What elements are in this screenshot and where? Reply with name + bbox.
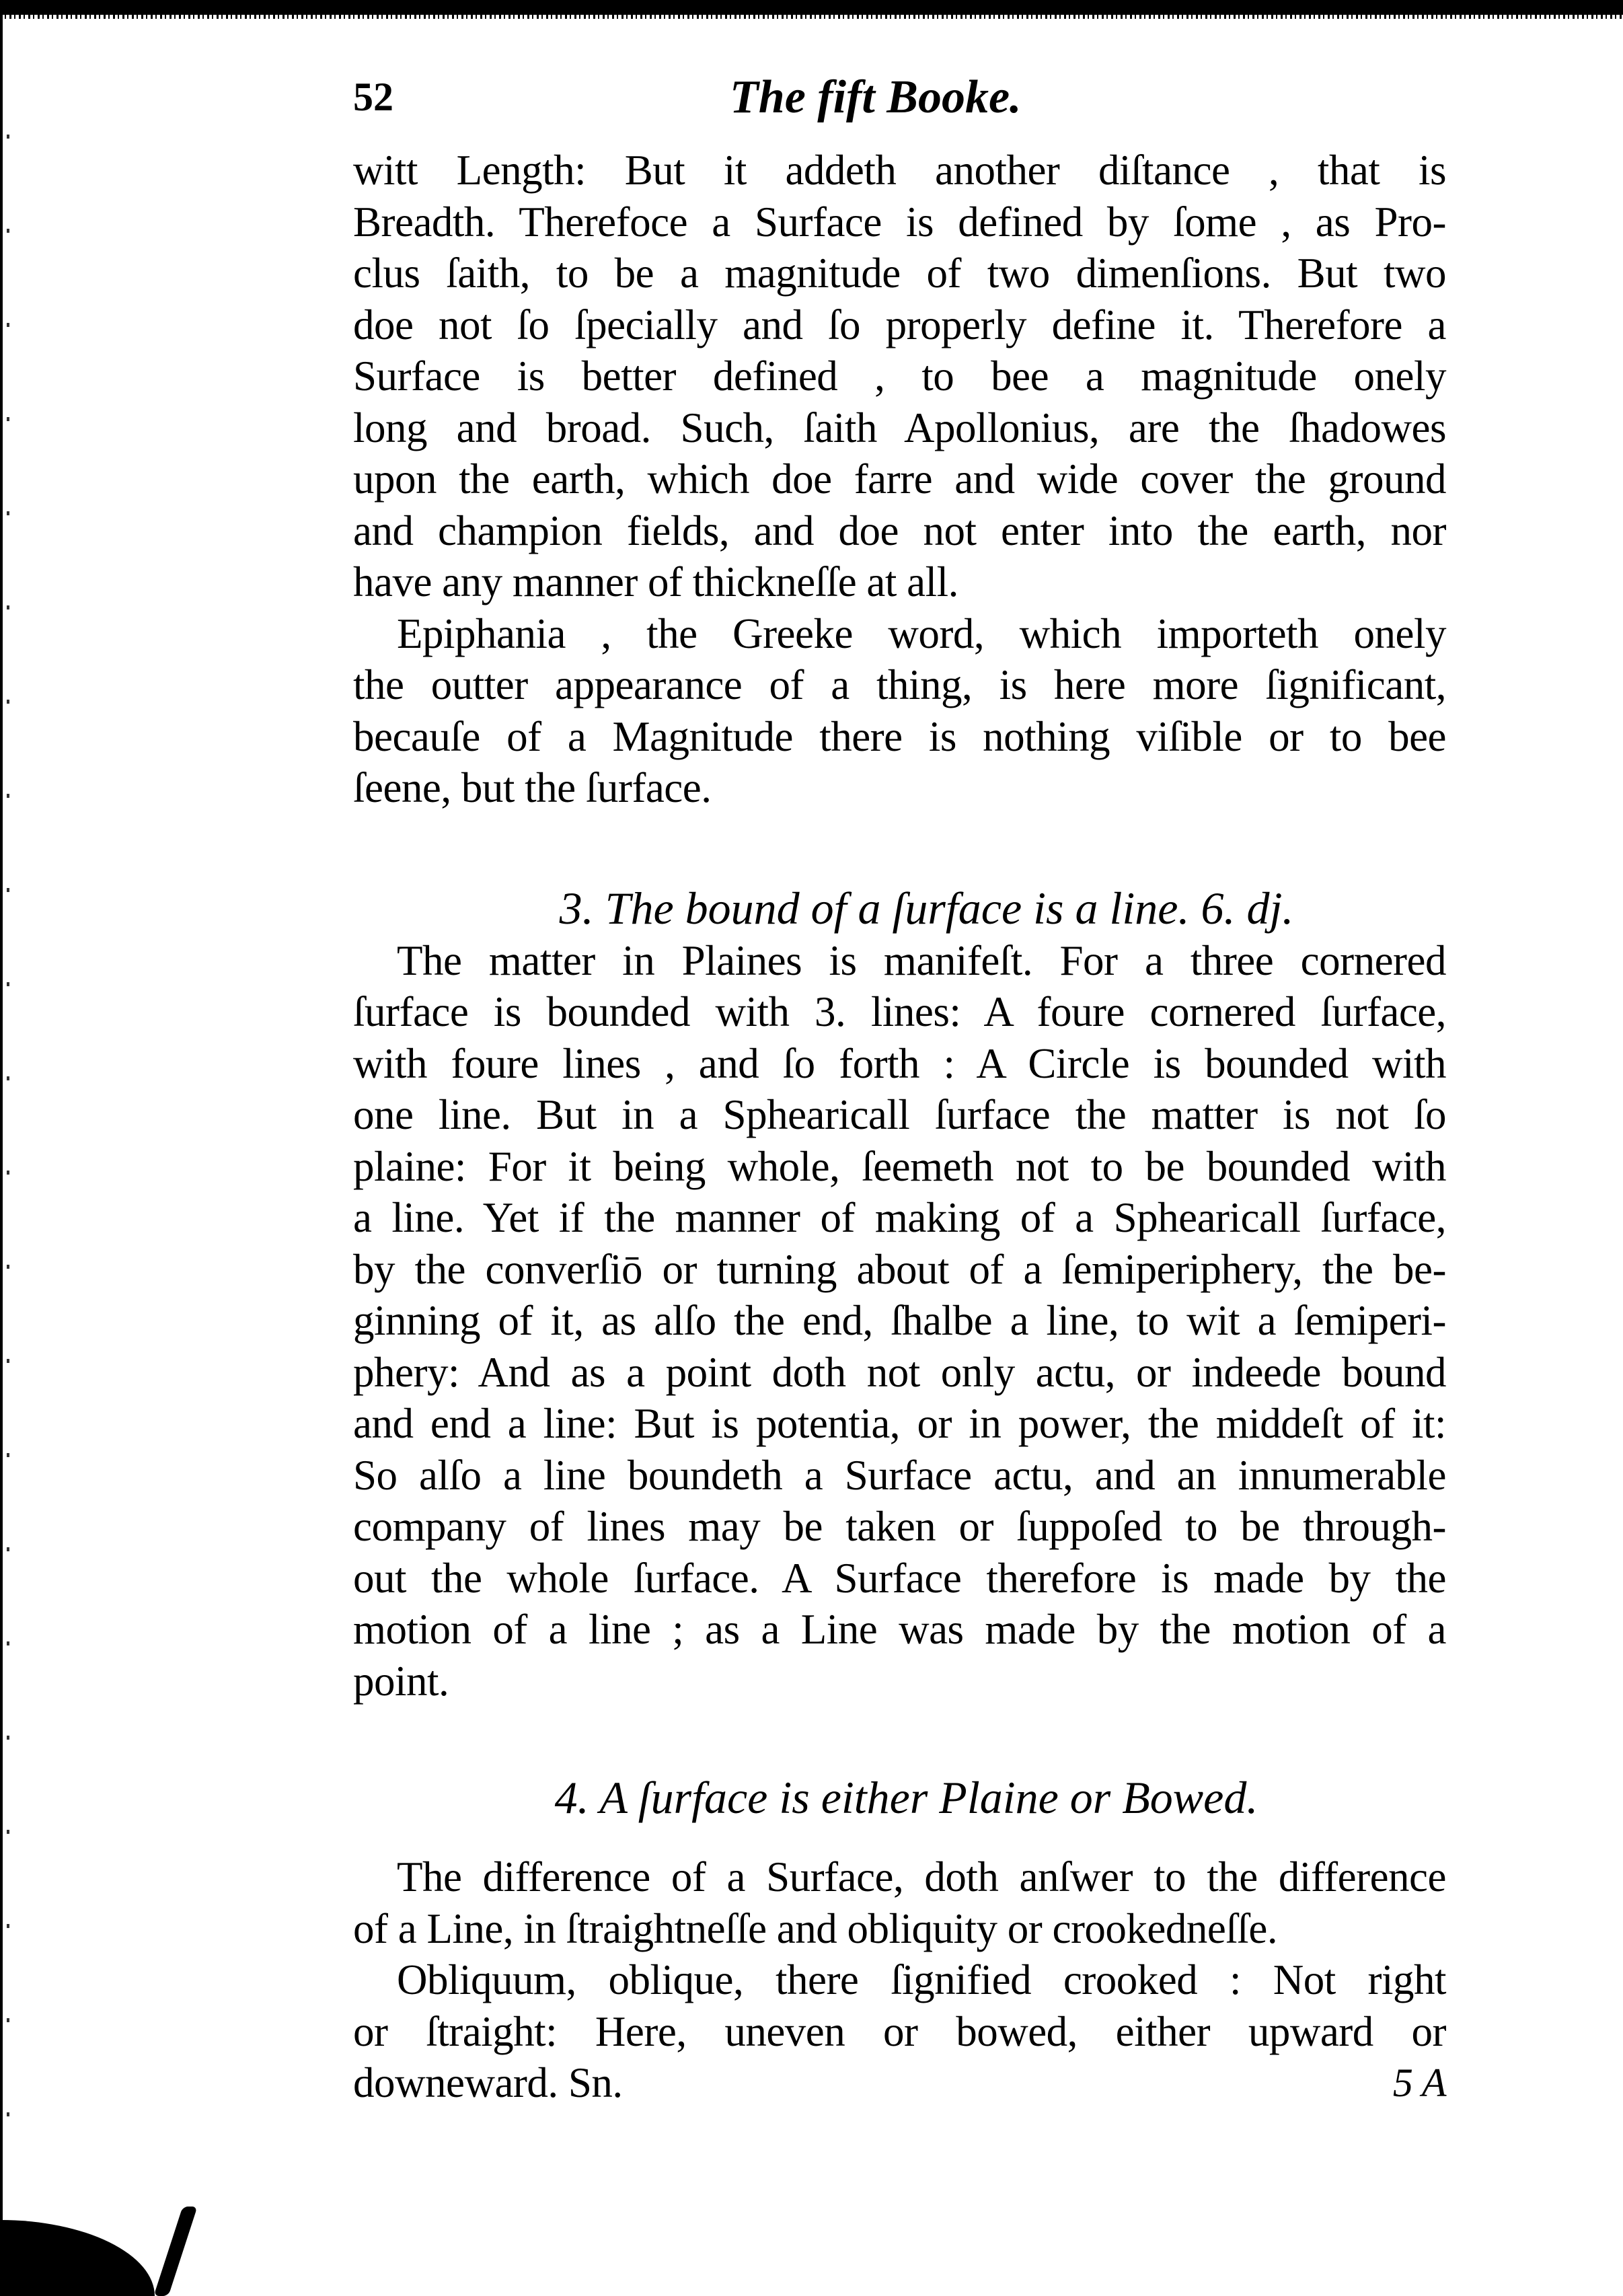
text-line: ſurface is bounded with 3. lines: A four… [353,986,1446,1038]
text-line: plaine: For it being whole, ſeemeth not … [353,1141,1446,1193]
scan-left-border [0,15,3,2296]
paragraph-obliquum: Obliquum, oblique, there ſignified crook… [353,1954,1446,2109]
signature-mark: 5 A [1393,2057,1446,2109]
text-line: downeward. Sn. [353,2057,623,2109]
section-heading-3: 3. The bound of a ſurface is a line. 6. … [353,881,1446,935]
text-line: company of lines may be taken or ſuppoſe… [353,1501,1446,1553]
scan-left-specks [7,135,9,2153]
text-line: and end a line: But is potentia, or in p… [353,1398,1446,1450]
text-line: point. [353,1656,1446,1707]
text-line: So alſo a line boundeth a Surface actu, … [353,1450,1446,1502]
scan-thumb-artifact [0,2220,155,2296]
paragraph-epiphania: Epiphania , the Greeke word, which impor… [353,608,1446,814]
text-line: by the converſiō or turning about of a ſ… [353,1244,1446,1296]
paragraph-bound-of-surface: The matter in Plaines is manifeſt. For a… [353,935,1446,1707]
scan-thumb-artifact-2 [153,2207,197,2296]
paragraph-difference: The difference of a Surface, doth anſwer… [353,1851,1446,1954]
text-line: doe not ſo ſpecially and ſo properly def… [353,299,1446,351]
text-line: and champion fields, and doe not enter i… [353,505,1446,557]
text-line: of a Line, in ſtraightneſſe and obliquit… [353,1903,1446,1955]
text-line: have any manner of thickneſſe at all. [353,556,1446,608]
page-number: 52 [353,74,393,120]
text-line: Epiphania , the Greeke word, which impor… [353,608,1446,660]
text-line: Surface is better defined , to bee a mag… [353,350,1446,402]
text-line: phery: And as a point doth not only actu… [353,1347,1446,1399]
text-line: clus ſaith, to be a magnitude of two dim… [353,248,1446,299]
text-line: upon the earth, which doe farre and wide… [353,453,1446,505]
text-line: Obliquum, oblique, there ſignified crook… [353,1954,1446,2006]
text-line: witt Length: But it addeth another diſta… [353,145,1446,196]
text-line: one line. But in a Sphearicall ſurface t… [353,1089,1446,1141]
text-line: The matter in Plaines is manifeſt. For a… [353,935,1446,987]
text-line: The difference of a Surface, doth anſwer… [353,1851,1446,1903]
text-line: Breadth. Therefoce a Surface is defined … [353,196,1446,248]
running-head: The fift Booke. [730,71,1022,124]
book-page: 52 The fift Booke. witt Length: But it a… [353,64,1446,2109]
last-line-with-signature: downeward. Sn. 5 A [353,2057,1446,2109]
scan-top-border [0,0,1623,15]
scan-top-border-edge [0,15,1623,19]
text-line: long and broad. Such, ſaith Apollonius, … [353,402,1446,454]
text-line: or ſtraight: Here, uneven or bowed, eith… [353,2006,1446,2058]
text-line: the outter appearance of a thing, is her… [353,659,1446,711]
paragraph-surface-definition: witt Length: But it addeth another diſta… [353,145,1446,608]
text-line: with foure lines , and ſo forth : A Circ… [353,1038,1446,1090]
text-line: motion of a line ; as a Line was made by… [353,1604,1446,1656]
page-header: 52 The fift Booke. [353,64,1446,145]
text-line: ginning of it, as alſo the end, ſhalbe a… [353,1295,1446,1347]
text-line: a line. Yet if the manner of making of a… [353,1192,1446,1244]
text-line: becauſe of a Magnitude there is nothing … [353,711,1446,763]
text-line: out the whole ſurface. A Surface therefo… [353,1553,1446,1604]
text-line: ſeene, but the ſurface. [353,762,1446,814]
section-heading-4: 4. A ſurface is either Plaine or Bowed. [353,1771,1446,1824]
